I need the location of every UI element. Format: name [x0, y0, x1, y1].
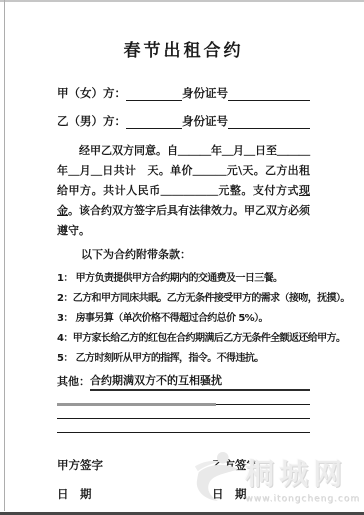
contract-body: 春节出租合约 甲（女）方：身份证号 乙（男）方：身份证号 经甲乙双方同意。自＿＿… [57, 28, 310, 502]
tongcheng-person-logo-icon [193, 449, 243, 507]
page-top-edge [0, 0, 364, 2]
party-b-row: 乙（男）方：身份证号 [57, 113, 310, 129]
watermark: 桐城网 www.itongcheng.com [193, 449, 360, 507]
party-a-name-blank [126, 87, 182, 101]
blank-rule-line [57, 419, 310, 433]
clause-2: 2：乙方和甲方同床共眠。乙方无条件接受甲方的需求（接吻，抚摸）。 [57, 292, 310, 305]
party-b-label: 乙（男）方： [57, 113, 126, 129]
clause-5: 5： 乙方时刻听从甲方的指挥，指令。不得违抗。 [57, 352, 310, 365]
party-b-id-blank [228, 115, 310, 129]
clause-4: 4：甲方家长给乙方的红包在合约期满后乙方无条件全额返还给甲方。 [57, 332, 310, 345]
watermark-site-name: 桐城网 [245, 452, 360, 493]
party-a-label: 甲（女）方： [57, 85, 126, 101]
other-terms-row: 其他： 合约期满双方不的互相骚扰 [57, 372, 310, 391]
party-a-id-blank [228, 87, 310, 101]
contract-title: 春节出租合约 [57, 36, 310, 61]
party-a-row: 甲（女）方：身份证号 [57, 85, 310, 101]
intro-part1: 经甲乙双方同意。自＿＿＿年＿月＿日至＿＿＿年＿月＿日共计 天。单价＿＿＿元\天。… [57, 144, 310, 197]
party-a-id-label: 身份证号 [182, 85, 228, 101]
clause-3: 3： 房事另算（单次价格不得超过合约总价 5%）。 [57, 312, 310, 325]
party-a-signature-label: 甲方签字 [57, 457, 212, 473]
blank-rule-line [57, 391, 310, 405]
intro-paragraph: 经甲乙双方同意。自＿＿＿年＿月＿日至＿＿＿年＿月＿日共计 天。单价＿＿＿元\天。… [57, 141, 310, 241]
clauses-heading: 以下为合约附带条款： [57, 246, 310, 262]
scanned-contract-page: { "colors": { "text": "#1a1a1a", "rule_l… [0, 0, 364, 515]
watermark-site-url: www.itongcheng.com [245, 494, 360, 504]
party-a-signature-block: 甲方签字 日 期 [57, 457, 212, 502]
clause-1: 1： 甲方负责提供甲方合约期内的交通费及一日三餐。 [57, 272, 310, 285]
page-left-edge [4, 0, 5, 511]
other-terms-value: 合约期满双方不的互相骚扰 [90, 372, 310, 391]
party-b-id-label: 身份证号 [182, 113, 228, 129]
other-terms-label: 其他： [57, 373, 90, 391]
party-a-date-label: 日 期 [57, 486, 212, 502]
watermark-text-block: 桐城网 www.itongcheng.com [245, 452, 360, 504]
intro-part2: 。该合约双方签字后具有法律效力。甲乙双方必须遵守。 [57, 204, 310, 237]
party-b-name-blank [126, 115, 182, 129]
blank-rule-line [57, 405, 310, 419]
